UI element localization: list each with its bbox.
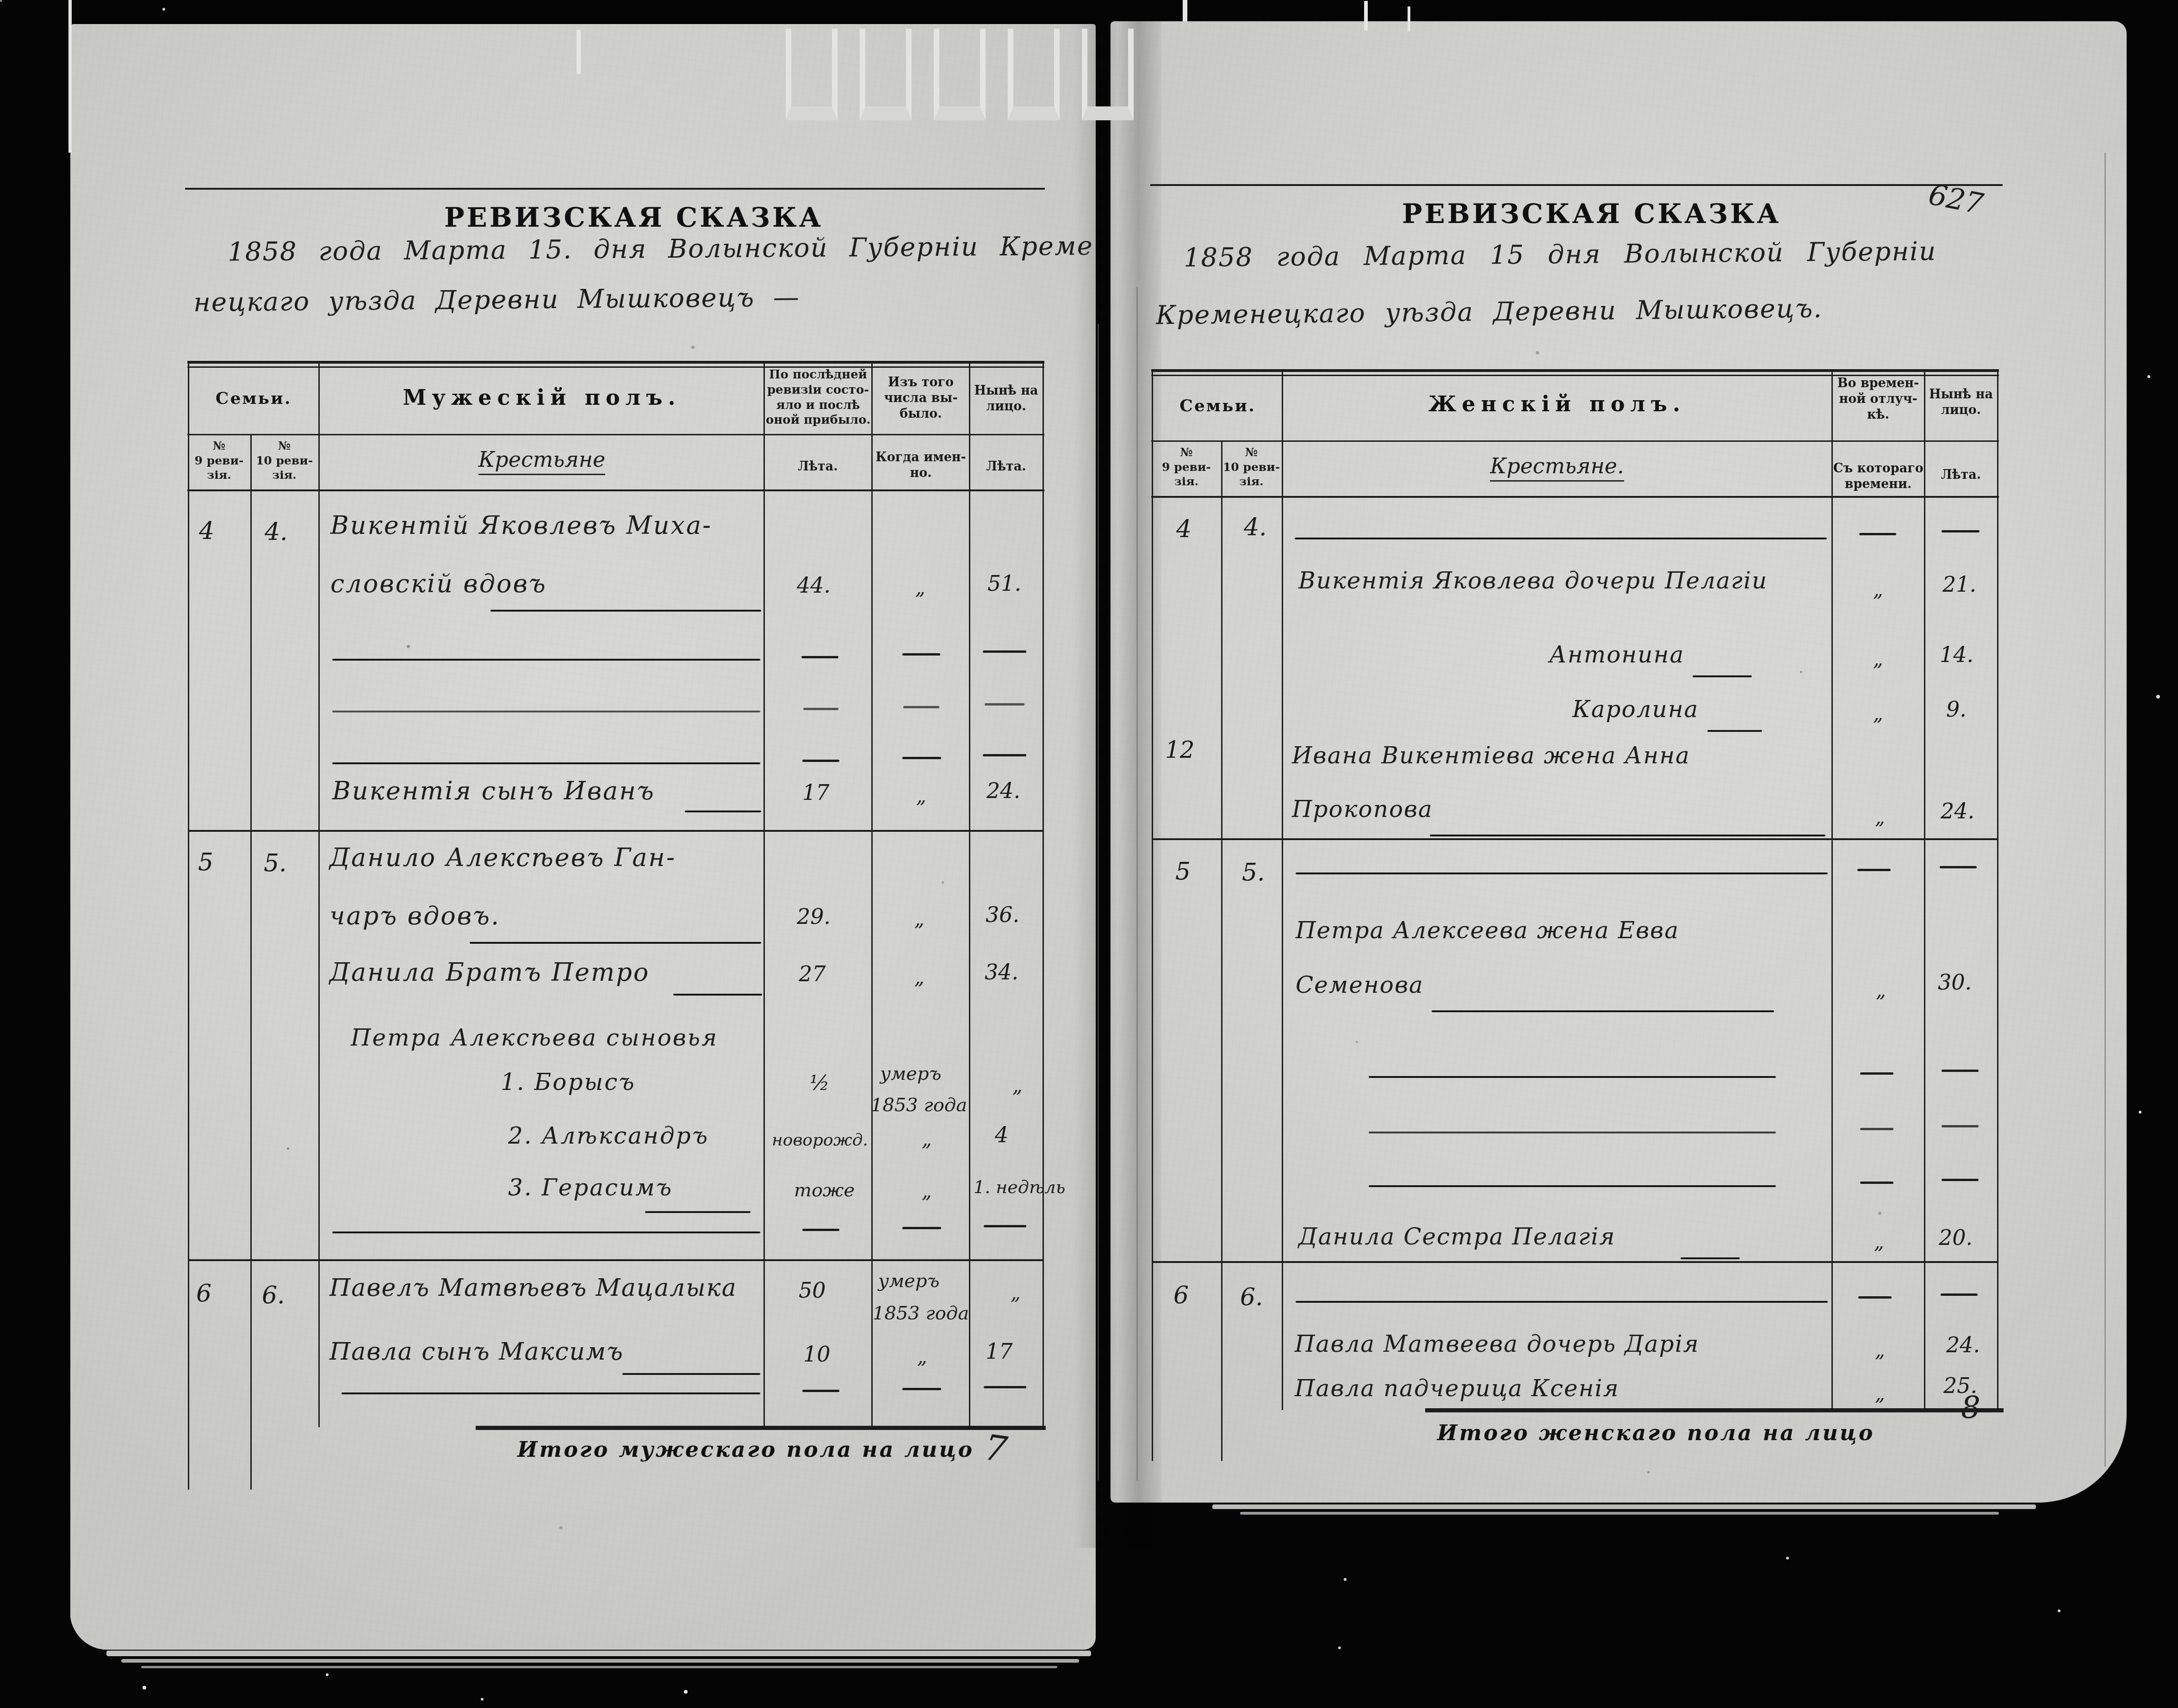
right-footer-total-value: 8 xyxy=(1961,1390,1980,1425)
blank-row-rule xyxy=(332,659,760,661)
entry-name: Ивана Викентіева жена Анна xyxy=(1292,742,1690,769)
ditto-mark: „ xyxy=(1873,702,1883,725)
binding-tab xyxy=(860,29,912,120)
blank-dash xyxy=(902,757,941,759)
age-now: 36. xyxy=(986,902,1019,927)
table-hline xyxy=(1151,496,1999,498)
left-footer-total-label: Итого мужескаго пола на лицо xyxy=(517,1437,974,1462)
subheader-since-when: Съ котораго времени. xyxy=(1833,461,1923,492)
col-header-revision-10: № 10 реви- зія. xyxy=(251,439,317,483)
blank-dash xyxy=(902,1388,941,1390)
header-line: Нынѣ на xyxy=(1926,387,1996,402)
header-line: кѣ. xyxy=(1833,407,1923,423)
entry-name: 3. Герасимъ xyxy=(508,1174,673,1201)
family-separator-line xyxy=(188,830,1043,832)
col-header-male-sex: Мужескій полъ. xyxy=(319,385,764,410)
ditto-mark: „ xyxy=(914,966,925,989)
header-line: зія. xyxy=(189,468,249,483)
header-line: По послѣдней xyxy=(766,367,870,383)
age-now: 14. xyxy=(1940,642,1973,667)
blank-row-rule xyxy=(332,711,760,712)
entry-name: Семенова xyxy=(1296,972,1424,998)
gutter-crease-left xyxy=(1098,324,1099,1480)
blank-dash xyxy=(983,754,1026,756)
page-stack-edge xyxy=(1212,1504,2036,1509)
name-rule xyxy=(685,811,761,812)
header-line: зія. xyxy=(251,468,317,483)
family-no-rev9: 5 xyxy=(198,848,213,876)
class-label-wrap: Крестьяне. xyxy=(1283,453,1831,478)
name-rule xyxy=(1432,1010,1774,1012)
age-now: 4 xyxy=(995,1122,1008,1147)
header-line: оной прибыло. xyxy=(766,413,870,428)
entry-name: Викентія Яковлева дочери Пелагіи xyxy=(1298,567,1768,594)
blank-row-rule xyxy=(1295,538,1827,539)
entry-name: Данила Братъ Петро xyxy=(329,958,650,987)
col-header-revision-9: № 9 реви- зія. xyxy=(1153,445,1220,489)
ditto-mark: „ xyxy=(1876,979,1886,1002)
table-hline xyxy=(187,489,1044,491)
family-no-rev9: 4 xyxy=(199,517,214,545)
header-line: лицо. xyxy=(971,399,1042,415)
header-line: было. xyxy=(874,406,968,422)
header-line: Нынѣ на xyxy=(971,383,1042,399)
ditto-mark: „ xyxy=(915,576,925,599)
table-hline xyxy=(187,434,1044,435)
blank-dash xyxy=(1942,1179,1979,1181)
col-header-temp-absence: Во времен- ной отлуч- кѣ. xyxy=(1833,376,1923,423)
right-footer-total-label: Итого женскаго пола на лицо xyxy=(1437,1420,1874,1445)
family-no-rev10: 6. xyxy=(1240,1283,1263,1311)
ditto-mark: „ xyxy=(1011,1281,1021,1304)
entry-name: Данило Алексѣевъ Ган- xyxy=(329,843,676,872)
ditto-mark: „ xyxy=(1873,648,1883,670)
blank-dash xyxy=(802,760,839,762)
binding-tab xyxy=(786,29,838,120)
name-rule xyxy=(673,994,762,996)
page-stack-edge xyxy=(106,1651,1091,1656)
entry-name: Каролина xyxy=(1572,696,1699,723)
page-stack-edge xyxy=(1240,1512,1999,1515)
blank-dash xyxy=(984,1225,1026,1227)
family-no-rev10: 4. xyxy=(265,518,288,546)
family-no-rev9: 6 xyxy=(1173,1281,1189,1309)
gutter-crease-right xyxy=(1136,287,1138,1480)
age-last-revision: 17 xyxy=(802,780,830,805)
ditto-mark: „ xyxy=(916,785,926,807)
entry-name: Павла Матвеева дочерь Дарія xyxy=(1295,1331,1700,1357)
ditto-mark: „ xyxy=(917,1345,927,1368)
ditto-mark: „ xyxy=(922,1180,932,1202)
age-last-revision: 27 xyxy=(799,961,826,986)
blank-dash xyxy=(1858,1296,1892,1299)
family-no-rev10: 6. xyxy=(262,1281,285,1309)
col-header-female-sex: Женскій полъ. xyxy=(1283,391,1831,416)
table-vline xyxy=(250,434,252,1490)
entry-name: чаръ вдовъ. xyxy=(329,901,500,930)
right-top-frame-line xyxy=(1150,184,2003,186)
left-date-line-2: нецкаго уѣзда Деревни Мышковецъ — xyxy=(193,282,800,317)
header-line: 9 реви- xyxy=(189,453,249,468)
header-line: зія. xyxy=(1222,474,1281,489)
blank-row-rule xyxy=(332,762,760,764)
entry-name: Прокопова xyxy=(1292,796,1433,823)
left-page xyxy=(70,24,1096,1650)
binding-tab xyxy=(1082,29,1134,120)
name-rule xyxy=(1707,730,1762,732)
blank-dash xyxy=(902,1227,941,1229)
blank-dash xyxy=(1942,530,1979,532)
blank-dash xyxy=(903,706,939,708)
header-line: числа вы- xyxy=(874,390,968,406)
name-rule xyxy=(1693,675,1752,677)
entry-name: 2. Алѣксандръ xyxy=(508,1122,709,1149)
blank-dash xyxy=(983,650,1026,653)
departed-note-year: 1853 года xyxy=(873,1303,969,1324)
ditto-mark: „ xyxy=(1875,1382,1885,1405)
entry-name: Викентія сынъ Иванъ xyxy=(332,776,655,805)
table-hline xyxy=(1151,440,1999,442)
blank-dash xyxy=(1860,1182,1893,1184)
header-line: Съ котораго xyxy=(1833,461,1923,477)
col-header-last-revision: По послѣдней ревизіи состо- яло и послѣ … xyxy=(766,367,870,428)
age-now: 9. xyxy=(1946,697,1967,722)
table-vline xyxy=(1152,369,1153,1461)
blank-dash xyxy=(1860,1128,1893,1130)
entry-name: Данила Сестра Пелагія xyxy=(1298,1223,1615,1250)
family-no-rev9-extra: 12 xyxy=(1165,736,1195,763)
book-scan: РЕВИЗСКАЯ СКАЗКА 1858 года Марта 15. дня… xyxy=(0,0,2178,1708)
age-now: 24. xyxy=(1941,798,1974,823)
sons-group-label: Петра Алексѣева сыновья xyxy=(351,1024,718,1051)
table-vline xyxy=(763,361,765,1427)
blank-dash xyxy=(902,653,940,656)
blank-dash xyxy=(984,1386,1026,1388)
family-no-rev10: 5. xyxy=(1242,859,1265,886)
age-now: 24. xyxy=(1946,1332,1980,1357)
blank-dash xyxy=(985,703,1024,705)
blank-row-rule xyxy=(1369,1132,1776,1133)
ditto-mark: „ xyxy=(1875,1339,1885,1361)
header-line: Изъ того xyxy=(874,375,968,390)
family-no-rev9: 6 xyxy=(196,1280,211,1307)
entry-name: Павелъ Матвѣевъ Мацалыка xyxy=(329,1274,737,1302)
departed-note: умеръ xyxy=(880,1063,941,1084)
blank-dash xyxy=(1942,1125,1979,1127)
entry-name: Павла падчерица Ксенія xyxy=(1295,1375,1620,1402)
blank-dash xyxy=(1942,1070,1979,1072)
table-vline xyxy=(188,361,189,1490)
family-no-rev9: 4 xyxy=(1176,515,1191,543)
header-line: зія. xyxy=(1153,474,1220,489)
header-line: № xyxy=(189,439,249,453)
col-header-family: Семьи. xyxy=(189,389,318,408)
age-last-revision: 50 xyxy=(799,1278,826,1303)
ditto-mark: „ xyxy=(1012,1074,1023,1097)
header-line: 10 реви- xyxy=(251,453,317,468)
family-separator-line xyxy=(1152,838,1998,840)
peasants-class-label: Крестьяне xyxy=(478,447,606,475)
table-vline xyxy=(1831,369,1833,1410)
col-header-revision-10: № 10 реви- зія. xyxy=(1222,445,1281,489)
header-line: лицо. xyxy=(1926,402,1996,418)
ditto-mark: „ xyxy=(1875,806,1885,829)
table-vline xyxy=(1042,361,1044,1427)
table-vline xyxy=(1924,369,1925,1410)
ditto-mark: „ xyxy=(1874,1231,1884,1253)
right-page-crease xyxy=(2104,153,2106,1467)
entry-name: Павла сынъ Максимъ xyxy=(329,1338,624,1366)
blank-dash xyxy=(802,1229,839,1231)
blank-row-rule xyxy=(1369,1076,1776,1078)
header-line: № xyxy=(251,439,317,453)
header-line: но. xyxy=(873,465,969,481)
col-header-revision-9: № 9 реви- зія. xyxy=(189,439,249,483)
table-bottom-line xyxy=(476,1426,1046,1430)
blank-dash xyxy=(1859,533,1896,535)
scan-edge-mark xyxy=(1183,0,1187,21)
name-rule xyxy=(490,610,761,612)
subheader-years: Лѣта. xyxy=(1926,467,1996,483)
ditto-mark: „ xyxy=(914,908,925,930)
table-hline xyxy=(1151,369,1999,372)
blank-dash xyxy=(1941,1293,1978,1296)
name-rule xyxy=(1681,1257,1740,1259)
blank-dash xyxy=(1860,1072,1893,1075)
departed-note-year: 1853 года xyxy=(871,1095,967,1116)
blank-row-rule xyxy=(1369,1185,1776,1187)
family-no-rev10: 4. xyxy=(1244,514,1267,541)
page-stack-edge xyxy=(141,1666,1057,1668)
age-last-revision: 44. xyxy=(797,573,831,598)
subheader-when-exactly: Когда имен- но. xyxy=(873,450,969,481)
header-line: времени. xyxy=(1833,477,1923,492)
name-rule xyxy=(470,942,761,944)
age-last-revision: 10 xyxy=(803,1342,831,1367)
ditto-mark: „ xyxy=(1873,578,1883,601)
class-label-wrap: Крестьяне xyxy=(319,447,764,472)
scan-edge-mark xyxy=(577,30,581,74)
entry-name: Антонина xyxy=(1549,641,1684,668)
same-note: тоже xyxy=(794,1180,855,1201)
age-now: 17 xyxy=(986,1339,1013,1364)
blank-row-rule xyxy=(1296,873,1828,874)
entry-name: Петра Алексеева жена Евва xyxy=(1296,917,1679,944)
family-no-rev9: 5 xyxy=(1175,858,1191,885)
table-hline xyxy=(187,361,1044,364)
paper-specks xyxy=(0,0,2,2)
header-line: яло и послѣ xyxy=(766,398,870,413)
ditto-mark: „ xyxy=(922,1128,932,1151)
table-hline xyxy=(187,366,1044,368)
blank-row-rule xyxy=(1296,1301,1828,1303)
header-line: № xyxy=(1222,445,1281,460)
left-page-title: РЕВИЗСКАЯ СКАЗКА xyxy=(444,202,768,233)
table-vline xyxy=(1221,440,1222,1461)
subheader-years: Лѣта. xyxy=(970,459,1042,475)
entry-name: словскій вдовъ xyxy=(330,569,547,598)
header-line: 9 реви- xyxy=(1153,460,1220,475)
binding-tab xyxy=(934,29,986,120)
page-stack-edge xyxy=(121,1659,1079,1663)
age-now: 20. xyxy=(1939,1225,1973,1250)
blank-dash xyxy=(1857,869,1891,871)
blank-dash xyxy=(803,708,838,710)
left-top-frame-line xyxy=(185,188,1045,190)
newborn-note: новорожд. xyxy=(772,1131,868,1150)
left-date-line-1: 1858 года Марта 15. дня Волынской Губерн… xyxy=(228,231,1093,267)
subheader-years: Лѣта. xyxy=(764,459,871,475)
table-vline xyxy=(1282,369,1283,1410)
header-line: Во времен- xyxy=(1833,376,1923,391)
header-line: Когда имен- xyxy=(873,450,969,465)
family-separator-line xyxy=(1152,1261,1998,1263)
table-vline xyxy=(1997,369,1998,1410)
header-line: ной отлуч- xyxy=(1833,391,1923,407)
age-now: 34. xyxy=(985,959,1018,984)
col-header-family: Семьи. xyxy=(1153,396,1283,415)
table-vline xyxy=(871,361,873,1427)
scan-edge-mark xyxy=(1408,6,1410,31)
table-vline xyxy=(318,361,320,1427)
age-last-revision: 29. xyxy=(797,904,831,929)
right-page-title: РЕВИЗСКАЯ СКАЗКА xyxy=(1402,198,1744,229)
name-rule xyxy=(622,1373,760,1375)
peasants-class-label: Крестьяне. xyxy=(1490,453,1624,482)
family-separator-line xyxy=(188,1259,1043,1261)
blank-dash xyxy=(801,656,838,658)
header-line: ревизіи состо- xyxy=(766,383,870,398)
name-rule xyxy=(1430,835,1825,836)
col-header-now-present: Нынѣ на лицо. xyxy=(1926,387,1996,418)
age-last-revision: ½ xyxy=(810,1071,830,1095)
col-header-departed: Изъ того числа вы- было. xyxy=(874,375,968,422)
age-now: 51. xyxy=(987,571,1021,596)
name-rule xyxy=(1663,1408,1732,1410)
header-line: № xyxy=(1153,445,1220,460)
entry-name: Викентій Яковлевъ Миха- xyxy=(330,511,712,540)
table-vline xyxy=(969,361,970,1427)
blank-row-rule xyxy=(332,1231,760,1233)
age-now: 21. xyxy=(1942,572,1976,597)
name-rule xyxy=(645,1211,751,1213)
col-header-now-present: Нынѣ на лицо. xyxy=(971,383,1042,415)
blank-dash xyxy=(802,1390,839,1392)
scan-edge-mark xyxy=(1364,1,1368,31)
family-no-rev10: 5. xyxy=(264,849,287,877)
age-now: 30. xyxy=(1938,970,1972,995)
blank-dash xyxy=(1940,866,1977,868)
binding-tab xyxy=(1008,29,1060,120)
entry-name: 1. Борысъ xyxy=(501,1069,636,1095)
age-now: 1. недѣль xyxy=(974,1177,1065,1197)
age-now: 24. xyxy=(987,778,1020,803)
scan-edge-mark xyxy=(68,0,72,153)
blank-row-rule xyxy=(341,1392,760,1394)
departed-note: умеръ xyxy=(878,1270,939,1292)
header-line: 10 реви- xyxy=(1222,460,1281,475)
